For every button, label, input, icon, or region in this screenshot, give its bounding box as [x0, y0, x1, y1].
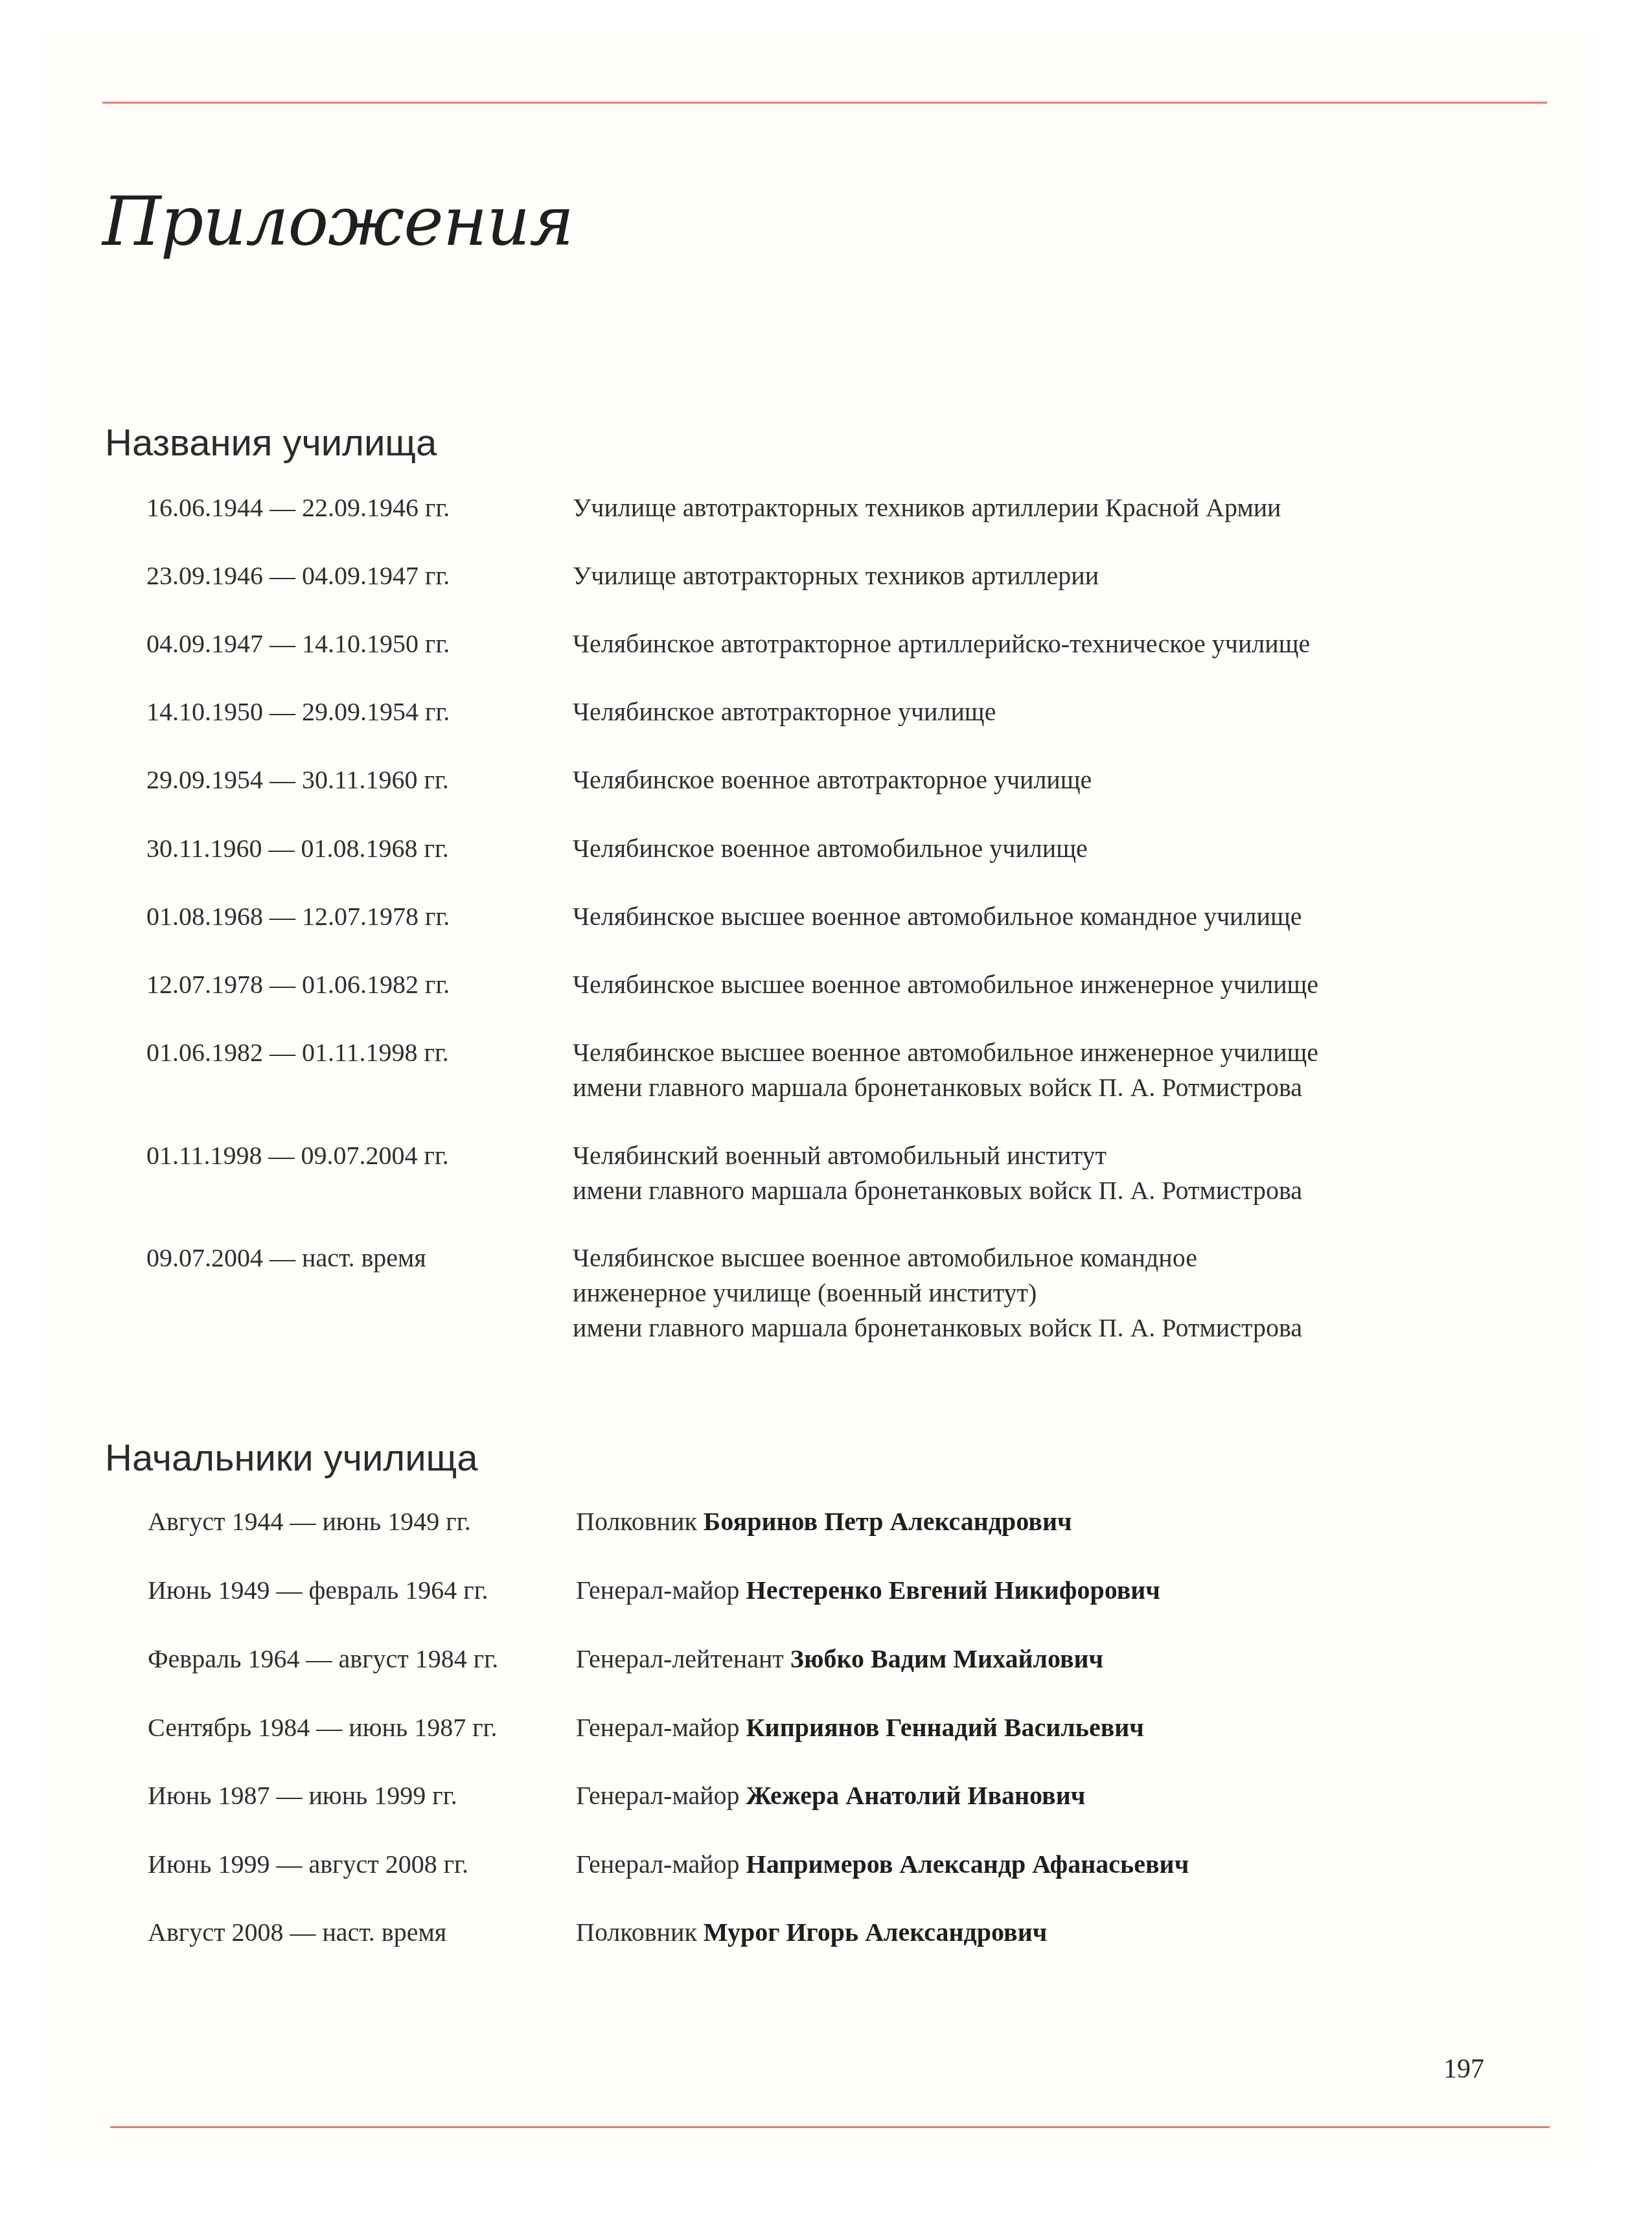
school-name: Челябинское автотракторное артиллерийско…	[573, 626, 1310, 661]
school-name: Челябинское высшее военное автомобильное…	[573, 967, 1318, 1002]
tenure-period: Июнь 1999 — август 2008 гг.	[148, 1847, 468, 1882]
tenure-period: Август 2008 — наст. время	[148, 1915, 446, 1950]
chief-rank: Полковник	[576, 1918, 697, 1947]
chief-name: Напримеров Александр Афанасьевич	[746, 1850, 1189, 1879]
period: 01.11.1998 — 09.07.2004 гг.	[146, 1138, 449, 1173]
chief-rank: Генерал-лейтенант	[576, 1644, 784, 1673]
chief-rank: Генерал-майор	[576, 1713, 740, 1742]
chief-name: Киприянов Геннадий Васильевич	[746, 1713, 1144, 1742]
bottom-rule	[110, 2126, 1550, 2128]
school-name: Челябинское высшее военное автомобильное…	[573, 1035, 1318, 1105]
school-name-line: Челябинское высшее военное автомобильное…	[573, 899, 1302, 934]
period: 12.07.1978 — 01.06.1982 гг.	[146, 967, 450, 1002]
chief: Генерал-майор Напримеров Александр Афана…	[576, 1847, 1189, 1882]
chief: Генерал-майор Киприянов Геннадий Василье…	[576, 1710, 1144, 1745]
tenure-period: Сентябрь 1984 — июнь 1987 гг.	[148, 1710, 498, 1745]
chief-rank: Полковник	[576, 1507, 697, 1536]
school-name: Челябинское автотракторное училище	[573, 694, 996, 729]
chief-rank: Генерал-майор	[576, 1576, 740, 1605]
chief-rank: Генерал-майор	[576, 1781, 740, 1810]
period: 04.09.1947 — 14.10.1950 гг.	[146, 626, 450, 661]
period: 01.08.1968 — 12.07.1978 гг.	[146, 899, 450, 934]
school-name: Челябинское военное автотракторное учили…	[573, 762, 1092, 797]
school-name-line: имени главного маршала бронетанковых вой…	[573, 1173, 1302, 1208]
school-name-line: инженерное училище (военный институт)	[573, 1276, 1302, 1311]
school-name: Челябинское военное автомобильное училищ…	[573, 831, 1088, 866]
chief-name: Бояринов Петр Александрович	[704, 1507, 1072, 1536]
chief-name: Жежера Анатолий Иванович	[746, 1781, 1086, 1810]
chief: Генерал-майор Жежера Анатолий Иванович	[576, 1778, 1085, 1813]
school-name-line: Челябинское военное автомобильное училищ…	[573, 831, 1088, 866]
school-name-line: Челябинское высшее военное автомобильное…	[573, 1241, 1302, 1276]
school-name-line: имени главного маршала бронетанковых вой…	[573, 1311, 1302, 1346]
school-name-line: Челябинское автотракторное училище	[573, 694, 996, 729]
section-heading-school-chiefs: Начальники училища	[105, 1439, 478, 1477]
period: 23.09.1946 — 04.09.1947 гг.	[146, 558, 450, 593]
chapter-title: Приложения	[102, 188, 573, 255]
school-name: Училище автотракторных техников артиллер…	[573, 490, 1281, 525]
school-name-line: Челябинское высшее военное автомобильное…	[573, 967, 1318, 1002]
period: 01.06.1982 — 01.11.1998 гг.	[146, 1035, 449, 1070]
school-name-line: Челябинский военный автомобильный инстит…	[573, 1138, 1302, 1173]
tenure-period: Август 1944 — июнь 1949 гг.	[148, 1504, 471, 1539]
tenure-period: Июнь 1949 — февраль 1964 гг.	[148, 1573, 488, 1608]
chief: Генерал-майор Нестеренко Евгений Никифор…	[576, 1573, 1160, 1608]
period: 29.09.1954 — 30.11.1960 гг.	[146, 762, 449, 797]
period: 16.06.1944 — 22.09.1946 гг.	[146, 490, 450, 525]
chief: Генерал-лейтенант Зюбко Вадим Михайлович	[576, 1642, 1103, 1677]
period: 09.07.2004 — наст. время	[146, 1241, 426, 1276]
school-name: Челябинское высшее военное автомобильное…	[573, 899, 1302, 934]
chief: Полковник Мурог Игорь Александрович	[576, 1915, 1047, 1950]
tenure-period: Февраль 1964 — август 1984 гг.	[148, 1642, 498, 1677]
section-heading-school-names: Названия училища	[105, 424, 437, 462]
page-number: 197	[1443, 2054, 1484, 2085]
school-name: Челябинское высшее военное автомобильное…	[573, 1241, 1302, 1346]
school-name-line: Челябинское высшее военное автомобильное…	[573, 1035, 1318, 1070]
tenure-period: Июнь 1987 — июнь 1999 гг.	[148, 1778, 457, 1813]
school-name-line: Челябинское военное автотракторное учили…	[573, 762, 1092, 797]
school-name-line: имени главного маршала бронетанковых вой…	[573, 1070, 1318, 1105]
chief-name: Зюбко Вадим Михайлович	[790, 1644, 1103, 1673]
school-name: Челябинский военный автомобильный инстит…	[573, 1138, 1302, 1208]
school-name-line: Училище автотракторных техников артиллер…	[573, 558, 1099, 593]
chief-name: Нестеренко Евгений Никифорович	[746, 1576, 1160, 1605]
top-rule	[102, 102, 1547, 104]
period: 30.11.1960 — 01.08.1968 гг.	[146, 831, 449, 866]
school-name: Училище автотракторных техников артиллер…	[573, 558, 1099, 593]
period: 14.10.1950 — 29.09.1954 гг.	[146, 694, 450, 729]
school-name-line: Челябинское автотракторное артиллерийско…	[573, 626, 1310, 661]
chief-name: Мурог Игорь Александрович	[704, 1918, 1047, 1947]
school-name-line: Училище автотракторных техников артиллер…	[573, 490, 1281, 525]
chief-rank: Генерал-майор	[576, 1850, 740, 1879]
chief: Полковник Бояринов Петр Александрович	[576, 1504, 1072, 1539]
